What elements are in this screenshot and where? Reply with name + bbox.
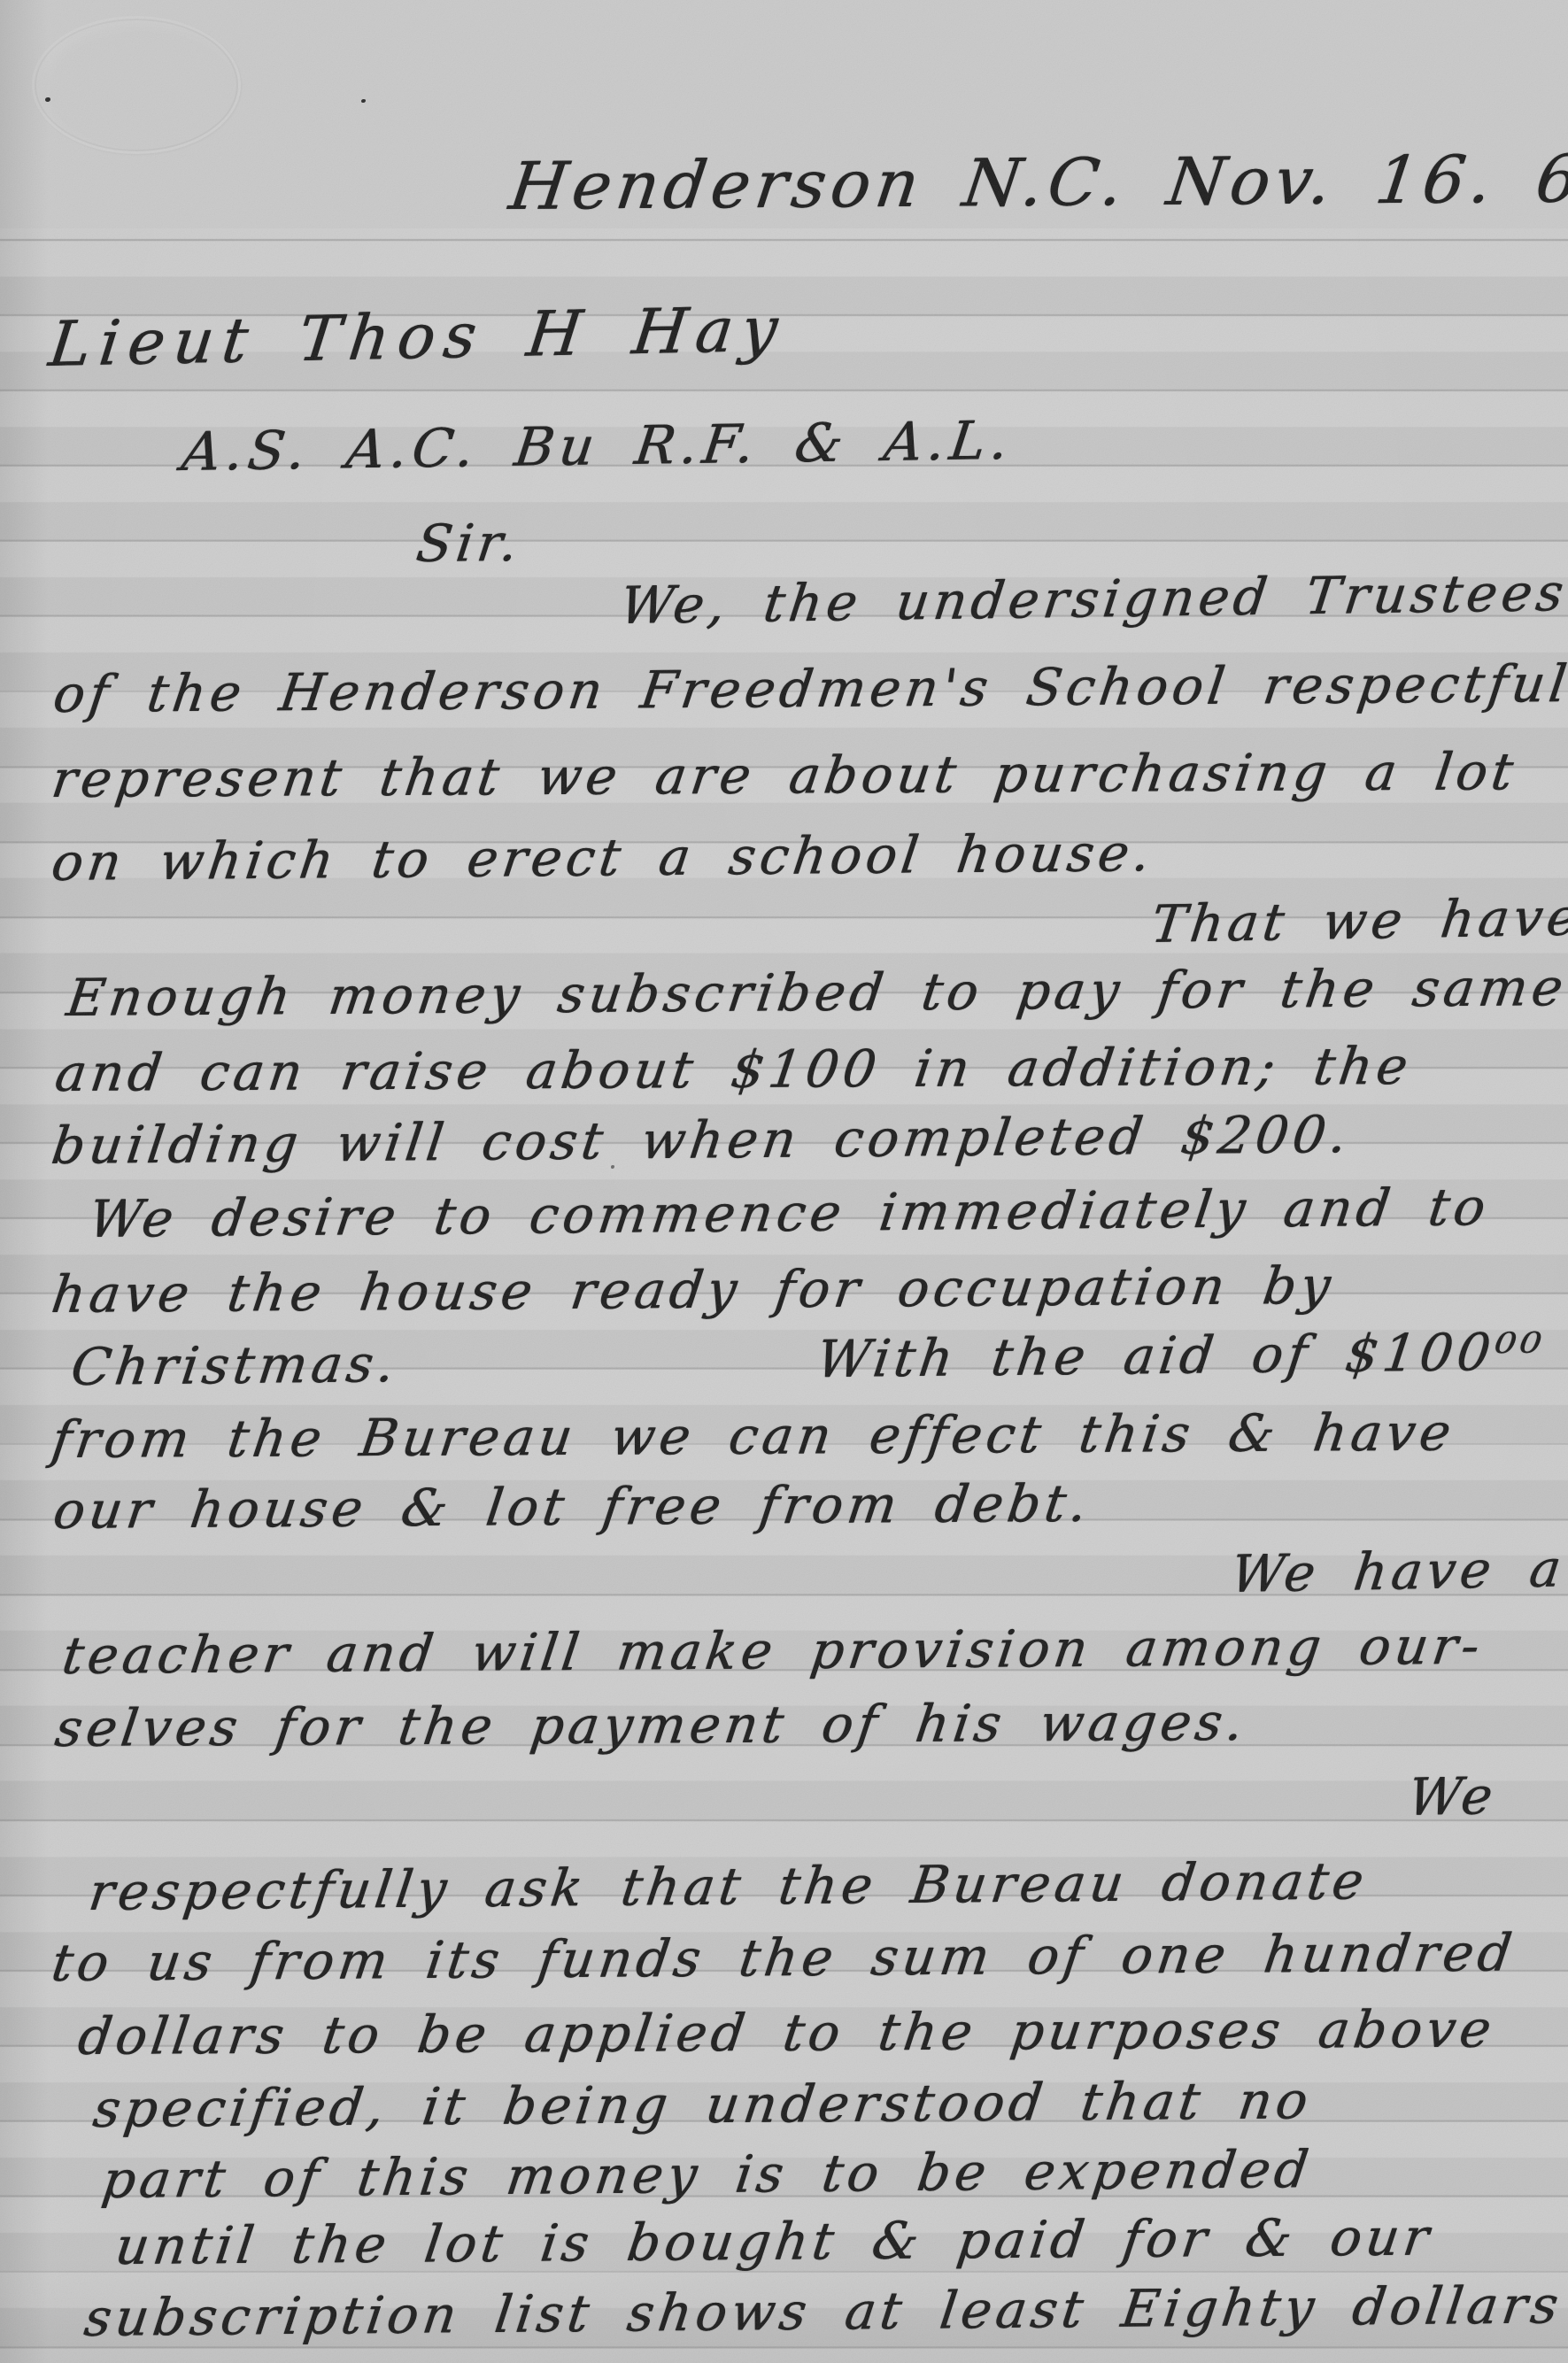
body-line: of the Henderson Freedmen's School respe…	[50, 655, 1568, 723]
body-line: from the Bureau we can effect this & hav…	[48, 1404, 1458, 1469]
salutation-line: Sir.	[413, 514, 526, 573]
body-line: subscription list shows at least Eighty …	[81, 2276, 1566, 2347]
body-line: teacher and will make provision among ou…	[59, 1618, 1487, 1685]
body-line: We, the undersigned Trustees	[617, 564, 1568, 635]
body-line: Christmas. With the aid of $100⁰⁰	[68, 1324, 1549, 1396]
body-line: That we have	[1148, 888, 1568, 954]
body-line: selves for the payment of his wages.	[51, 1694, 1250, 1757]
body-line: building will cost when completed $200.	[49, 1106, 1355, 1175]
office-line: A.S. A.C. Bu R.F. & A.L.	[179, 412, 1017, 483]
dateline: Henderson N.C. Nov. 16. 67	[506, 143, 1568, 224]
body-line: We have a	[1228, 1540, 1568, 1603]
scanned-letter-page: Henderson N.C. Nov. 16. 67Lieut Thos H H…	[0, 0, 1568, 2363]
body-line: We desire to commence immediately and to	[86, 1178, 1494, 1248]
body-line: represent that we are about purchasing a…	[48, 743, 1520, 808]
body-line: We	[1405, 1767, 1500, 1826]
body-line: and can raise about $100 in addition; th…	[51, 1038, 1415, 1102]
body-line: respectfully ask that the Bureau donate	[86, 1852, 1371, 1921]
body-line: to us from its funds the sum of one hund…	[49, 1924, 1519, 1992]
body-line: until the lot is bought & paid for & our	[112, 2209, 1437, 2275]
letter-lines: Henderson N.C. Nov. 16. 67Lieut Thos H H…	[0, 0, 1568, 2363]
body-line: dollars to be applied to the purposes ab…	[74, 2001, 1498, 2066]
recipient-line: Lieut Thos H Hay	[45, 294, 790, 379]
body-line: Enough money subscribed to pay for the s…	[64, 959, 1568, 1027]
body-line: part of this money is to be expended	[99, 2141, 1316, 2209]
body-line: on which to erect a school house.	[49, 824, 1158, 892]
body-line: our house & lot free from debt.	[50, 1475, 1095, 1540]
body-line: have the house ready for occupation by	[49, 1257, 1339, 1324]
body-line: specified, it being understood that no	[90, 2072, 1316, 2138]
